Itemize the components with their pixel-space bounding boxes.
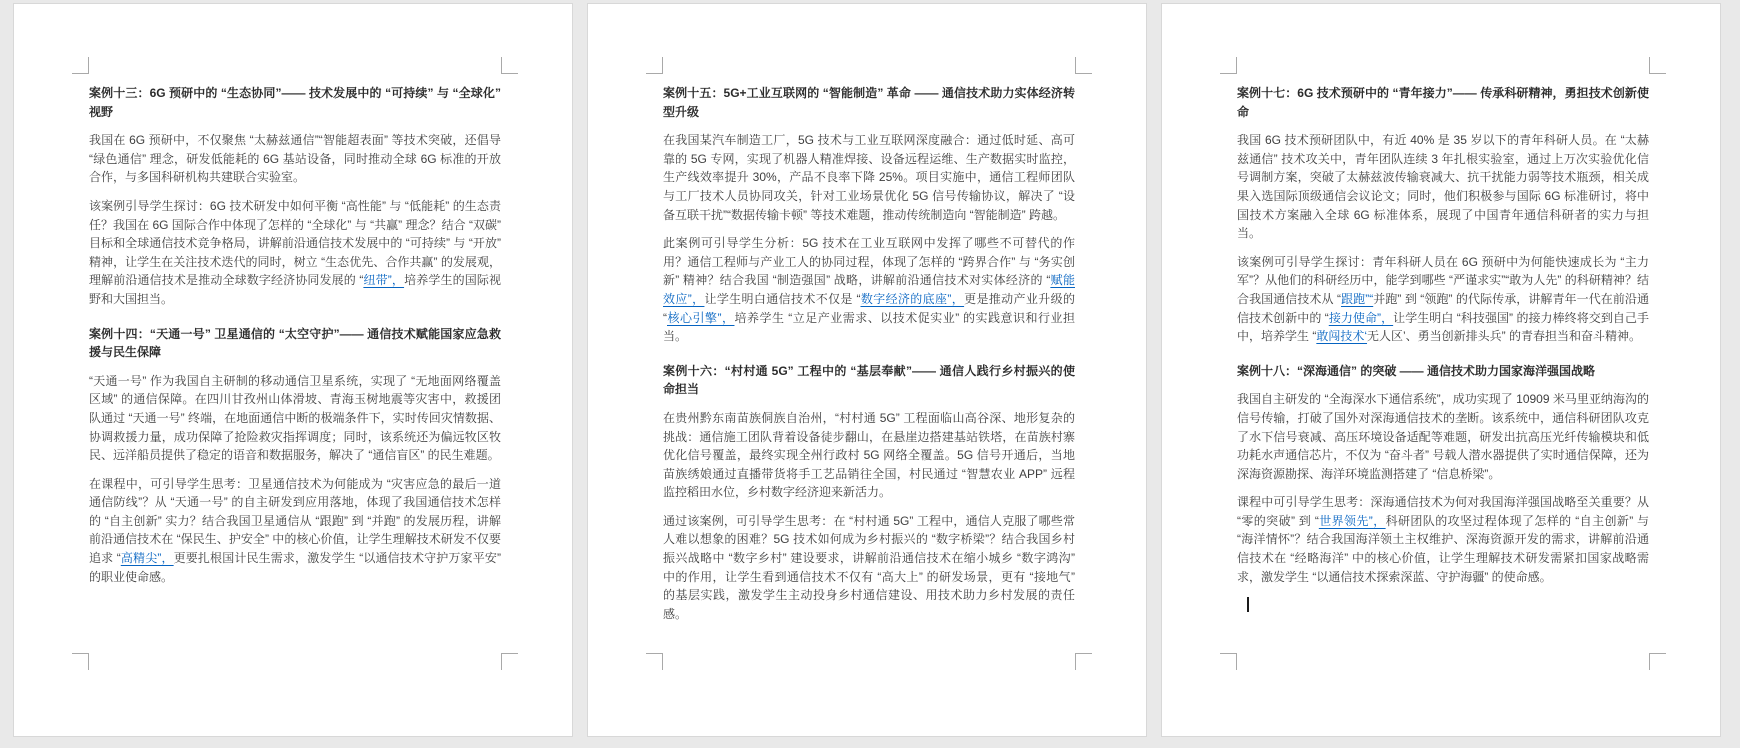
margin-corner-mark bbox=[1220, 57, 1237, 74]
margin-corner-mark bbox=[1649, 57, 1666, 74]
margin-corner-mark bbox=[646, 57, 663, 74]
hyperlink[interactable]: 数字经济的底座”， bbox=[860, 292, 964, 306]
case-heading[interactable]: 案例十六：“村村通 5G” 工程中的 “基层奉献”—— 通信人践行乡村振兴的使命… bbox=[663, 362, 1075, 399]
page-3[interactable]: 案例十七：6G 技术预研中的 “青年接力”—— 传承科研精神，勇担技术创新使命我… bbox=[1161, 3, 1721, 737]
text-cursor bbox=[1247, 597, 1249, 612]
text-run: 案例十七：6G 技术预研中的 “青年接力”—— 传承科研精神，勇担技术创新使命 bbox=[1237, 86, 1649, 119]
page-2[interactable]: 案例十五：5G+工业互联网的 “智能制造” 革命 —— 通信技术助力实体经济转型… bbox=[587, 3, 1147, 737]
case-paragraph[interactable]: 课程中可引导学生思考：深海通信技术为何对我国海洋强国战略至关重要？从 “零的突破… bbox=[1237, 493, 1649, 586]
text-run: 无人区’、勇当创新排头兵” 的青春担当和奋斗精神。 bbox=[1367, 329, 1641, 343]
text-run: 此案例可引导学生分析：5G 技术在工业互联网中发挥了哪些不可替代的作用？通信工程… bbox=[663, 236, 1075, 287]
page-3-text-area[interactable]: 案例十七：6G 技术预研中的 “青年接力”—— 传承科研精神，勇担技术创新使命我… bbox=[1237, 84, 1649, 614]
text-run: 案例十五：5G+工业互联网的 “智能制造” 革命 —— 通信技术助力实体经济转型… bbox=[663, 86, 1075, 119]
page-1-text-area[interactable]: 案例十三：6G 预研中的 “生态协同”—— 技术发展中的 “可持续” 与 “全球… bbox=[89, 84, 501, 596]
hyperlink[interactable]: 高精尖”， bbox=[121, 551, 174, 565]
empty-line[interactable] bbox=[1237, 596, 1649, 614]
margin-corner-mark bbox=[72, 653, 89, 670]
hyperlink[interactable]: 跟跑”“ bbox=[1341, 292, 1373, 306]
case-paragraph[interactable]: “天通一号” 作为我国自主研制的移动通信卫星系统，实现了 “无地面网络覆盖区域”… bbox=[89, 372, 501, 465]
margin-corner-mark bbox=[1649, 653, 1666, 670]
case-paragraph[interactable]: 我国 6G 技术预研团队中，有近 40% 是 35 岁以下的青年科研人员。在 “… bbox=[1237, 131, 1649, 243]
text-run: 我国在 6G 预研中，不仅聚焦 “太赫兹通信”“智能超表面” 等技术突破，还倡导… bbox=[89, 133, 501, 184]
case-heading[interactable]: 案例十七：6G 技术预研中的 “青年接力”—— 传承科研精神，勇担技术创新使命 bbox=[1237, 84, 1649, 121]
text-run: 让学生明白通信技术不仅是 “ bbox=[704, 292, 860, 306]
case-heading[interactable]: 案例十八：“深海通信” 的突破 —— 通信技术助力国家海洋强国战略 bbox=[1237, 362, 1649, 381]
case-paragraph[interactable]: 在课程中，可引导学生思考：卫星通信技术为何能成为 “灾害应急的最后一道通信防线”… bbox=[89, 475, 501, 587]
text-run: 在我国某汽车制造工厂，5G 技术与工业互联网深度融合：通过低时延、高可靠的 5G… bbox=[663, 133, 1075, 221]
text-run: 案例十六：“村村通 5G” 工程中的 “基层奉献”—— 通信人践行乡村振兴的使命… bbox=[663, 364, 1075, 397]
case-paragraph[interactable]: 在贵州黔东南苗族侗族自治州，“村村通 5G” 工程面临山高谷深、地形复杂的挑战：… bbox=[663, 409, 1075, 502]
case-paragraph[interactable]: 我国自主研发的 “全海深水下通信系统”，成功实现了 10909 米马里亚纳海沟的… bbox=[1237, 390, 1649, 483]
margin-corner-mark bbox=[1075, 653, 1092, 670]
case-heading[interactable]: 案例十四：“天通一号” 卫星通信的 “太空守护”—— 通信技术赋能国家应急救援与… bbox=[89, 325, 501, 362]
margin-corner-mark bbox=[1075, 57, 1092, 74]
case-paragraph[interactable]: 该案例引导学生探讨：6G 技术研发中如何平衡 “高性能” 与 “低能耗” 的生态… bbox=[89, 197, 501, 309]
hyperlink[interactable]: 纽带”， bbox=[363, 273, 404, 287]
page-2-text-area[interactable]: 案例十五：5G+工业互联网的 “智能制造” 革命 —— 通信技术助力实体经济转型… bbox=[663, 84, 1075, 633]
hyperlink[interactable]: 世界领先”， bbox=[1319, 514, 1386, 528]
text-run: 案例十三：6G 预研中的 “生态协同”—— 技术发展中的 “可持续” 与 “全球… bbox=[89, 86, 501, 119]
document-canvas: 案例十三：6G 预研中的 “生态协同”—— 技术发展中的 “可持续” 与 “全球… bbox=[0, 0, 1740, 737]
text-run: 案例十四：“天通一号” 卫星通信的 “太空守护”—— 通信技术赋能国家应急救援与… bbox=[89, 327, 501, 360]
case-paragraph[interactable]: 此案例可引导学生分析：5G 技术在工业互联网中发挥了哪些不可替代的作用？通信工程… bbox=[663, 234, 1075, 346]
page-1[interactable]: 案例十三：6G 预研中的 “生态协同”—— 技术发展中的 “可持续” 与 “全球… bbox=[13, 3, 573, 737]
text-run: “天通一号” 作为我国自主研制的移动通信卫星系统，实现了 “无地面网络覆盖区域”… bbox=[89, 374, 501, 462]
hyperlink[interactable]: 敢闯技术‘ bbox=[1316, 329, 1367, 343]
hyperlink[interactable]: 接力使命”， bbox=[1329, 311, 1393, 325]
case-paragraph[interactable]: 我国在 6G 预研中，不仅聚焦 “太赫兹通信”“智能超表面” 等技术突破，还倡导… bbox=[89, 131, 501, 187]
hyperlink[interactable]: 核心引擎”， bbox=[667, 311, 734, 325]
margin-corner-mark bbox=[501, 57, 518, 74]
case-paragraph[interactable]: 通过该案例，可引导学生思考：在 “村村通 5G” 工程中，通信人克服了哪些常人难… bbox=[663, 512, 1075, 624]
case-heading[interactable]: 案例十五：5G+工业互联网的 “智能制造” 革命 —— 通信技术助力实体经济转型… bbox=[663, 84, 1075, 121]
margin-corner-mark bbox=[646, 653, 663, 670]
case-paragraph[interactable]: 该案例可引导学生探讨：青年科研人员在 6G 预研中为何能快速成长为 “主力军”？… bbox=[1237, 253, 1649, 346]
text-run: 我国自主研发的 “全海深水下通信系统”，成功实现了 10909 米马里亚纳海沟的… bbox=[1237, 392, 1649, 480]
text-run: 通过该案例，可引导学生思考：在 “村村通 5G” 工程中，通信人克服了哪些常人难… bbox=[663, 514, 1075, 621]
case-paragraph[interactable]: 在我国某汽车制造工厂，5G 技术与工业互联网深度融合：通过低时延、高可靠的 5G… bbox=[663, 131, 1075, 224]
margin-corner-mark bbox=[501, 653, 518, 670]
text-run: 在贵州黔东南苗族侗族自治州，“村村通 5G” 工程面临山高谷深、地形复杂的挑战：… bbox=[663, 411, 1075, 499]
case-heading[interactable]: 案例十三：6G 预研中的 “生态协同”—— 技术发展中的 “可持续” 与 “全球… bbox=[89, 84, 501, 121]
text-run: 我国 6G 技术预研团队中，有近 40% 是 35 岁以下的青年科研人员。在 “… bbox=[1237, 133, 1649, 240]
margin-corner-mark bbox=[72, 57, 89, 74]
text-run: 案例十八：“深海通信” 的突破 —— 通信技术助力国家海洋强国战略 bbox=[1237, 364, 1595, 378]
margin-corner-mark bbox=[1220, 653, 1237, 670]
